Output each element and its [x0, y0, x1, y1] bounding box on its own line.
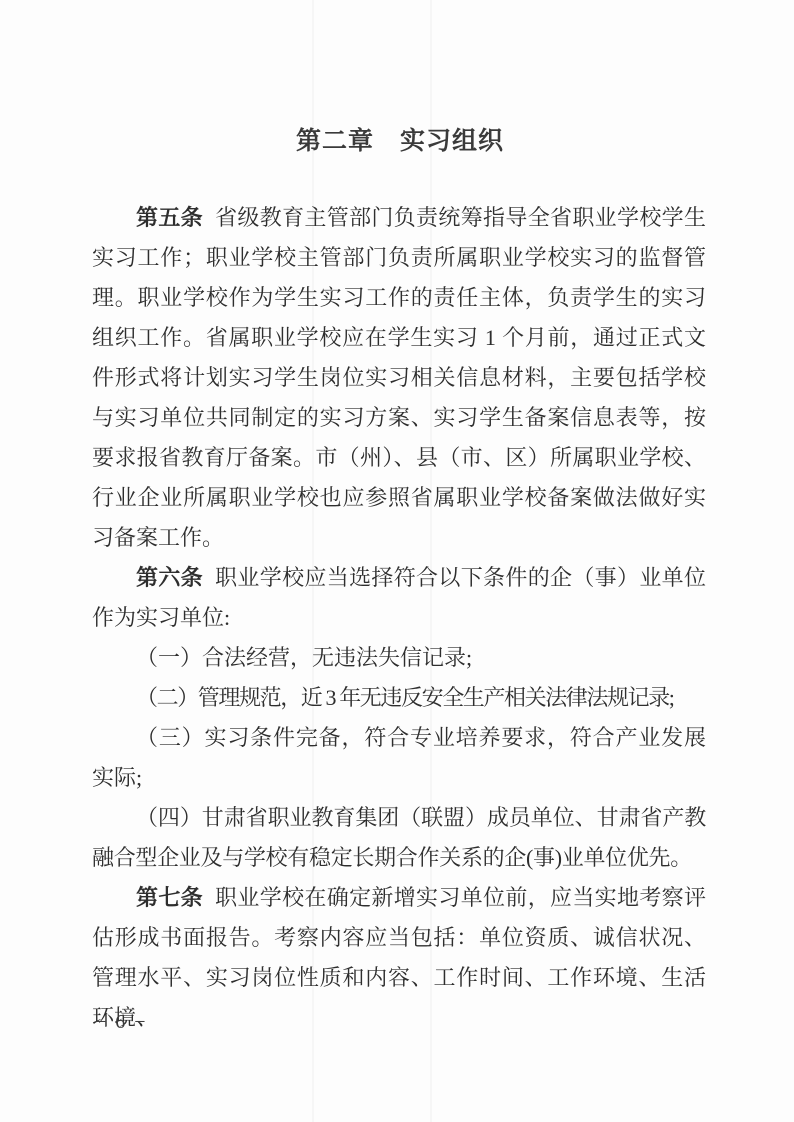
article-paragraph-6: 第六条职业学校应当选择符合以下条件的企（事）业单位作为实习单位: — [92, 558, 706, 638]
list-item-text: （二）管理规范，近 3 年无违反安全生产相关法律法规记录; — [136, 685, 674, 710]
article-text: 省级教育主管部门负责统筹指导全省职业学校学生实习工作；职业学校主管部门负责所属职… — [92, 205, 706, 550]
list-item-text: （一）合法经营，无违法失信记录; — [136, 645, 472, 670]
list-item-text: （三）实习条件完备，符合专业培养要求，符合产业发展实际; — [92, 725, 706, 790]
document-body: 第五条省级教育主管部门负责统筹指导全省职业学校学生实习工作；职业学校主管部门负责… — [92, 198, 706, 1038]
article-number: 第五条 — [136, 205, 203, 230]
list-item-3: （三）实习条件完备，符合专业培养要求，符合产业发展实际; — [92, 718, 706, 798]
article-paragraph-7: 第七条职业学校在确定新增实习单位前，应当实地考察评估形成书面报告。考察内容应当包… — [92, 878, 706, 1038]
document-page: 第二章 实习组织 第五条省级教育主管部门负责统筹指导全省职业学校学生实习工作；职… — [0, 0, 794, 1122]
list-item-2: （二）管理规范，近 3 年无违反安全生产相关法律法规记录; — [92, 678, 706, 718]
list-item-text: （四）甘肃省职业教育集团（联盟）成员单位、甘肃省产教融合型企业及与学校有稳定长期… — [92, 805, 706, 870]
list-item-1: （一）合法经营，无违法失信记录; — [92, 638, 706, 678]
page-number: − 6 − — [95, 1011, 148, 1034]
article-paragraph-5: 第五条省级教育主管部门负责统筹指导全省职业学校学生实习工作；职业学校主管部门负责… — [92, 198, 706, 558]
chapter-title: 第二章 实习组织 — [92, 121, 708, 157]
article-number: 第七条 — [136, 885, 203, 910]
article-number: 第六条 — [136, 565, 203, 590]
list-item-4: （四）甘肃省职业教育集团（联盟）成员单位、甘肃省产教融合型企业及与学校有稳定长期… — [92, 798, 706, 878]
